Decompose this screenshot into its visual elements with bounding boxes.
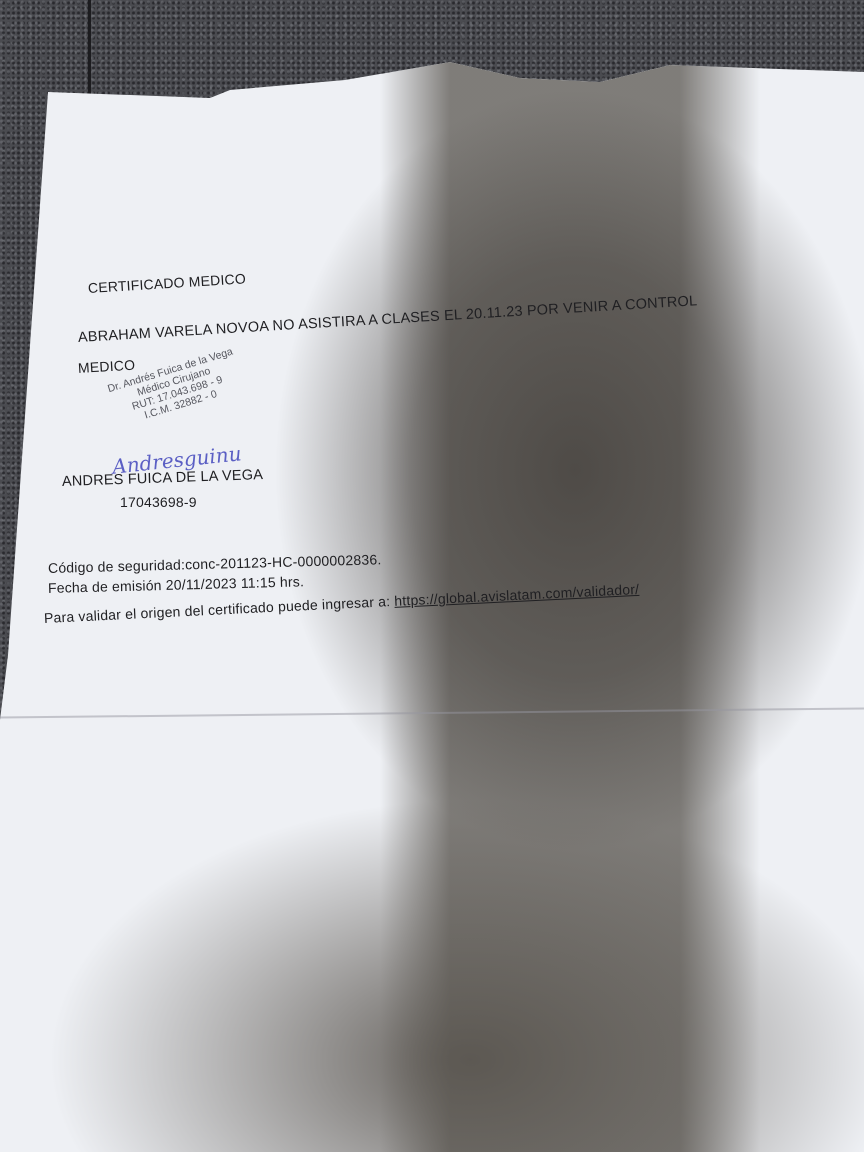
certificate-body-line2: MEDICO [78, 357, 136, 376]
security-code-row: Código de seguridad:conc-201123-HC-00000… [48, 551, 382, 576]
validation-text: Para validar el origen del certificado p… [44, 593, 391, 626]
issue-date-row: Fecha de emisión 20/11/2023 11:15 hrs. [48, 573, 304, 596]
validation-link[interactable]: https://global.avislatam.com/validador/ [394, 581, 640, 609]
doctor-stamp: Dr. Andrés Fuica de la Vega Médico Ciruj… [92, 341, 259, 434]
medical-certificate: CERTIFICADO MEDICO ABRAHAM VARELA NOVOA … [0, 0, 864, 1152]
signer-id: 17043698-9 [120, 494, 197, 510]
certificate-title: CERTIFICADO MEDICO [88, 270, 247, 296]
certificate-body-line1: ABRAHAM VARELA NOVOA NO ASISTIRA A CLASE… [78, 293, 698, 346]
security-code-value: conc-201123-HC-0000002836. [185, 551, 382, 572]
signer-name: ANDRES FUICA DE LA VEGA [62, 467, 264, 490]
issue-date-label: Fecha de emisión [48, 577, 162, 596]
issue-date-value: 20/11/2023 11:15 hrs. [166, 573, 305, 593]
security-code-label: Código de seguridad: [48, 556, 185, 576]
